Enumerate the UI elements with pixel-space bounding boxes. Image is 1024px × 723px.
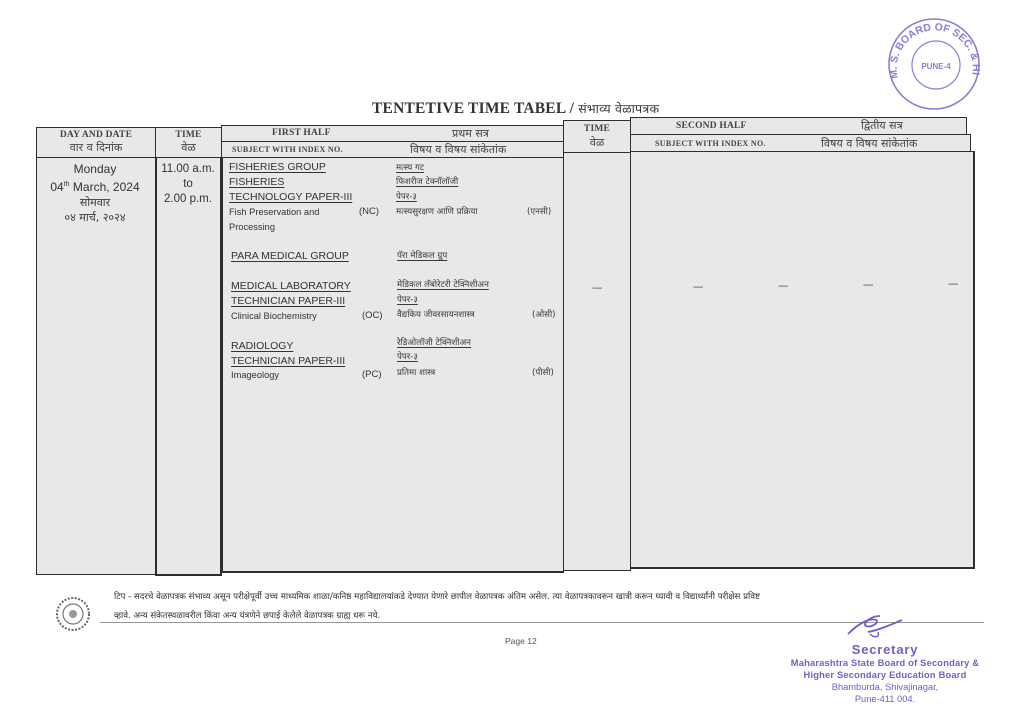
header-time-second: TIME वेळ xyxy=(563,120,631,156)
svg-text:PUNE-4: PUNE-4 xyxy=(921,62,951,71)
header-time: TIME वेळ xyxy=(155,127,222,158)
header-second-half: SECOND HALF द्वितीय सत्र xyxy=(630,117,967,135)
second-half-cell xyxy=(630,151,975,569)
board-seal-icon xyxy=(55,596,91,632)
header-first-half: FIRST HALF प्रथम सत्र xyxy=(221,125,564,142)
timetable-page: M. S. BOARD OF SEC. & HIGHER SEC. EDN. P… xyxy=(0,0,1024,723)
header-subject-index-second: SUBJECT WITH INDEX NO. विषय व विषय सांके… xyxy=(630,134,971,152)
board-stamp-icon: M. S. BOARD OF SEC. & HIGHER SEC. EDN. P… xyxy=(884,16,984,112)
secretary-signature-block: Secretary Maharashtra State Board of Sec… xyxy=(770,642,1000,705)
exam-day-date: Monday 04th March, 2024 सोमवार ०४ मार्च,… xyxy=(36,162,154,225)
second-half-time-empty: ---- xyxy=(592,283,601,294)
second-half-dash: ---- xyxy=(863,280,872,291)
second-half-dash: ---- xyxy=(948,279,957,290)
header-day-date: DAY AND DATE वार व दिनांक xyxy=(36,127,156,158)
time-cell xyxy=(155,157,222,576)
exam-time: 11.00 a.m. to 2.00 p.m. xyxy=(157,162,219,207)
page-title: TENTETIVE TIME TABEL / संभाव्य वेळापत्रक xyxy=(372,100,692,118)
page-number: Page 12 xyxy=(505,636,537,646)
time-second-cell xyxy=(563,152,631,571)
header-subject-index: SUBJECT WITH INDEX NO. विषय व विषय सांके… xyxy=(221,141,564,158)
signature-icon xyxy=(840,612,910,642)
second-half-dash: ---- xyxy=(693,282,702,293)
second-half-dash: ---- xyxy=(778,281,787,292)
